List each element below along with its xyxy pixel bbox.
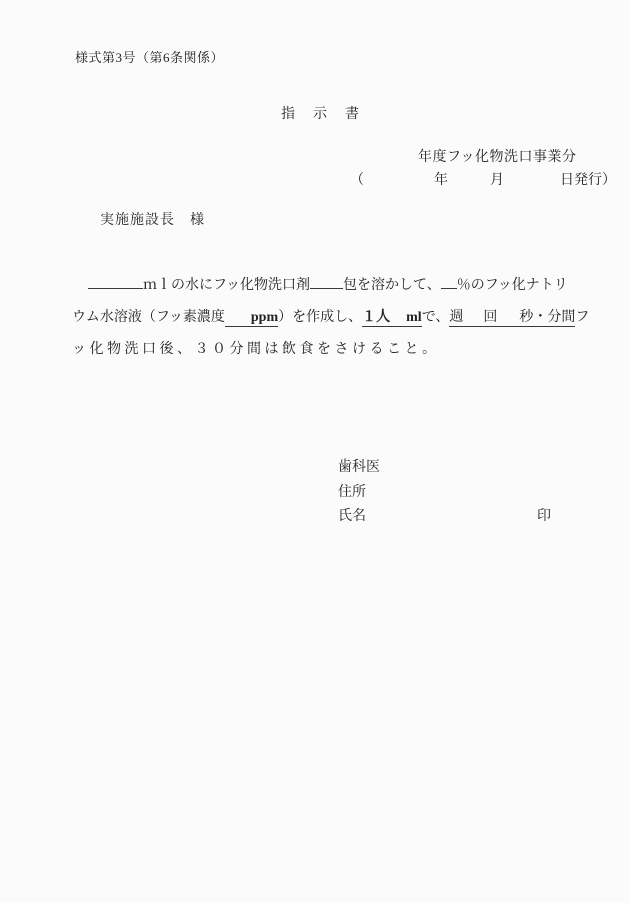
body-text: ｍｌの水にフッ化物洗口剤 <box>143 278 310 293</box>
body-text: 包を溶かして、 <box>343 278 441 293</box>
issue-date-line: （ 年 月 日発行） <box>350 173 616 189</box>
paragraph-line-3: ッ化物洗口後、３０分間は飲食をさけること。 <box>72 334 602 366</box>
body-text: ）を作成し、 <box>278 310 362 325</box>
body-text: フ <box>575 310 589 325</box>
fill-in-blank-duration <box>497 320 519 321</box>
fill-in-blank-ml <box>390 320 406 321</box>
fill-in-blank-percent <box>441 275 457 289</box>
fill-in-group-frequency: 週回秒・分間 <box>449 310 575 327</box>
instruction-paragraph: ｍｌの水にフッ化物洗口剤包を溶かして、％のフッ化ナトリ ウム水溶液（フッ素濃度p… <box>72 270 602 366</box>
fill-in-blank-water-volume <box>88 275 143 289</box>
signature-block: 歯科医 住所 氏名 印 <box>338 456 551 530</box>
ppm-unit-label: ppm <box>251 310 278 325</box>
addressee-line: 実施施設長 様 <box>100 213 205 229</box>
ml-unit-label: ml <box>406 310 422 325</box>
fill-in-group-ppm: ppm <box>225 310 278 327</box>
fiscal-year-line: 年度フッ化物洗口事業分 <box>418 150 577 166</box>
seal-label: 印 <box>537 505 551 530</box>
week-label: 週 <box>449 310 463 325</box>
body-text: で、 <box>422 310 450 325</box>
address-label: 住所 <box>338 481 551 506</box>
fill-in-blank-packets <box>310 275 343 289</box>
page-title: 指 示 書 <box>281 107 361 123</box>
body-text: ウム水溶液（フッ素濃度 <box>72 310 225 325</box>
paragraph-line-1: ｍｌの水にフッ化物洗口剤包を溶かして、％のフッ化ナトリ <box>72 270 602 302</box>
form-number: 様式第3号（第6条関係） <box>75 51 224 66</box>
fill-in-blank-ppm <box>225 320 251 321</box>
name-seal-row: 氏名 印 <box>338 505 551 530</box>
paragraph-line-2: ウム水溶液（フッ素濃度ppm）を作成し、１人mlで、週回秒・分間フ <box>72 302 602 334</box>
times-label: 回 <box>483 310 497 325</box>
body-text: ％のフッ化ナトリ <box>457 278 568 293</box>
dentist-label: 歯科医 <box>338 456 551 481</box>
fill-in-group-dose: １人ml <box>362 310 422 327</box>
fill-in-blank-times <box>463 320 483 321</box>
document-page: 様式第3号（第6条関係） 指 示 書 年度フッ化物洗口事業分 （ 年 月 日発行… <box>0 0 630 903</box>
name-label: 氏名 <box>338 505 366 530</box>
duration-label: 秒・分間 <box>519 310 575 325</box>
per-person-label: １人 <box>362 310 390 325</box>
